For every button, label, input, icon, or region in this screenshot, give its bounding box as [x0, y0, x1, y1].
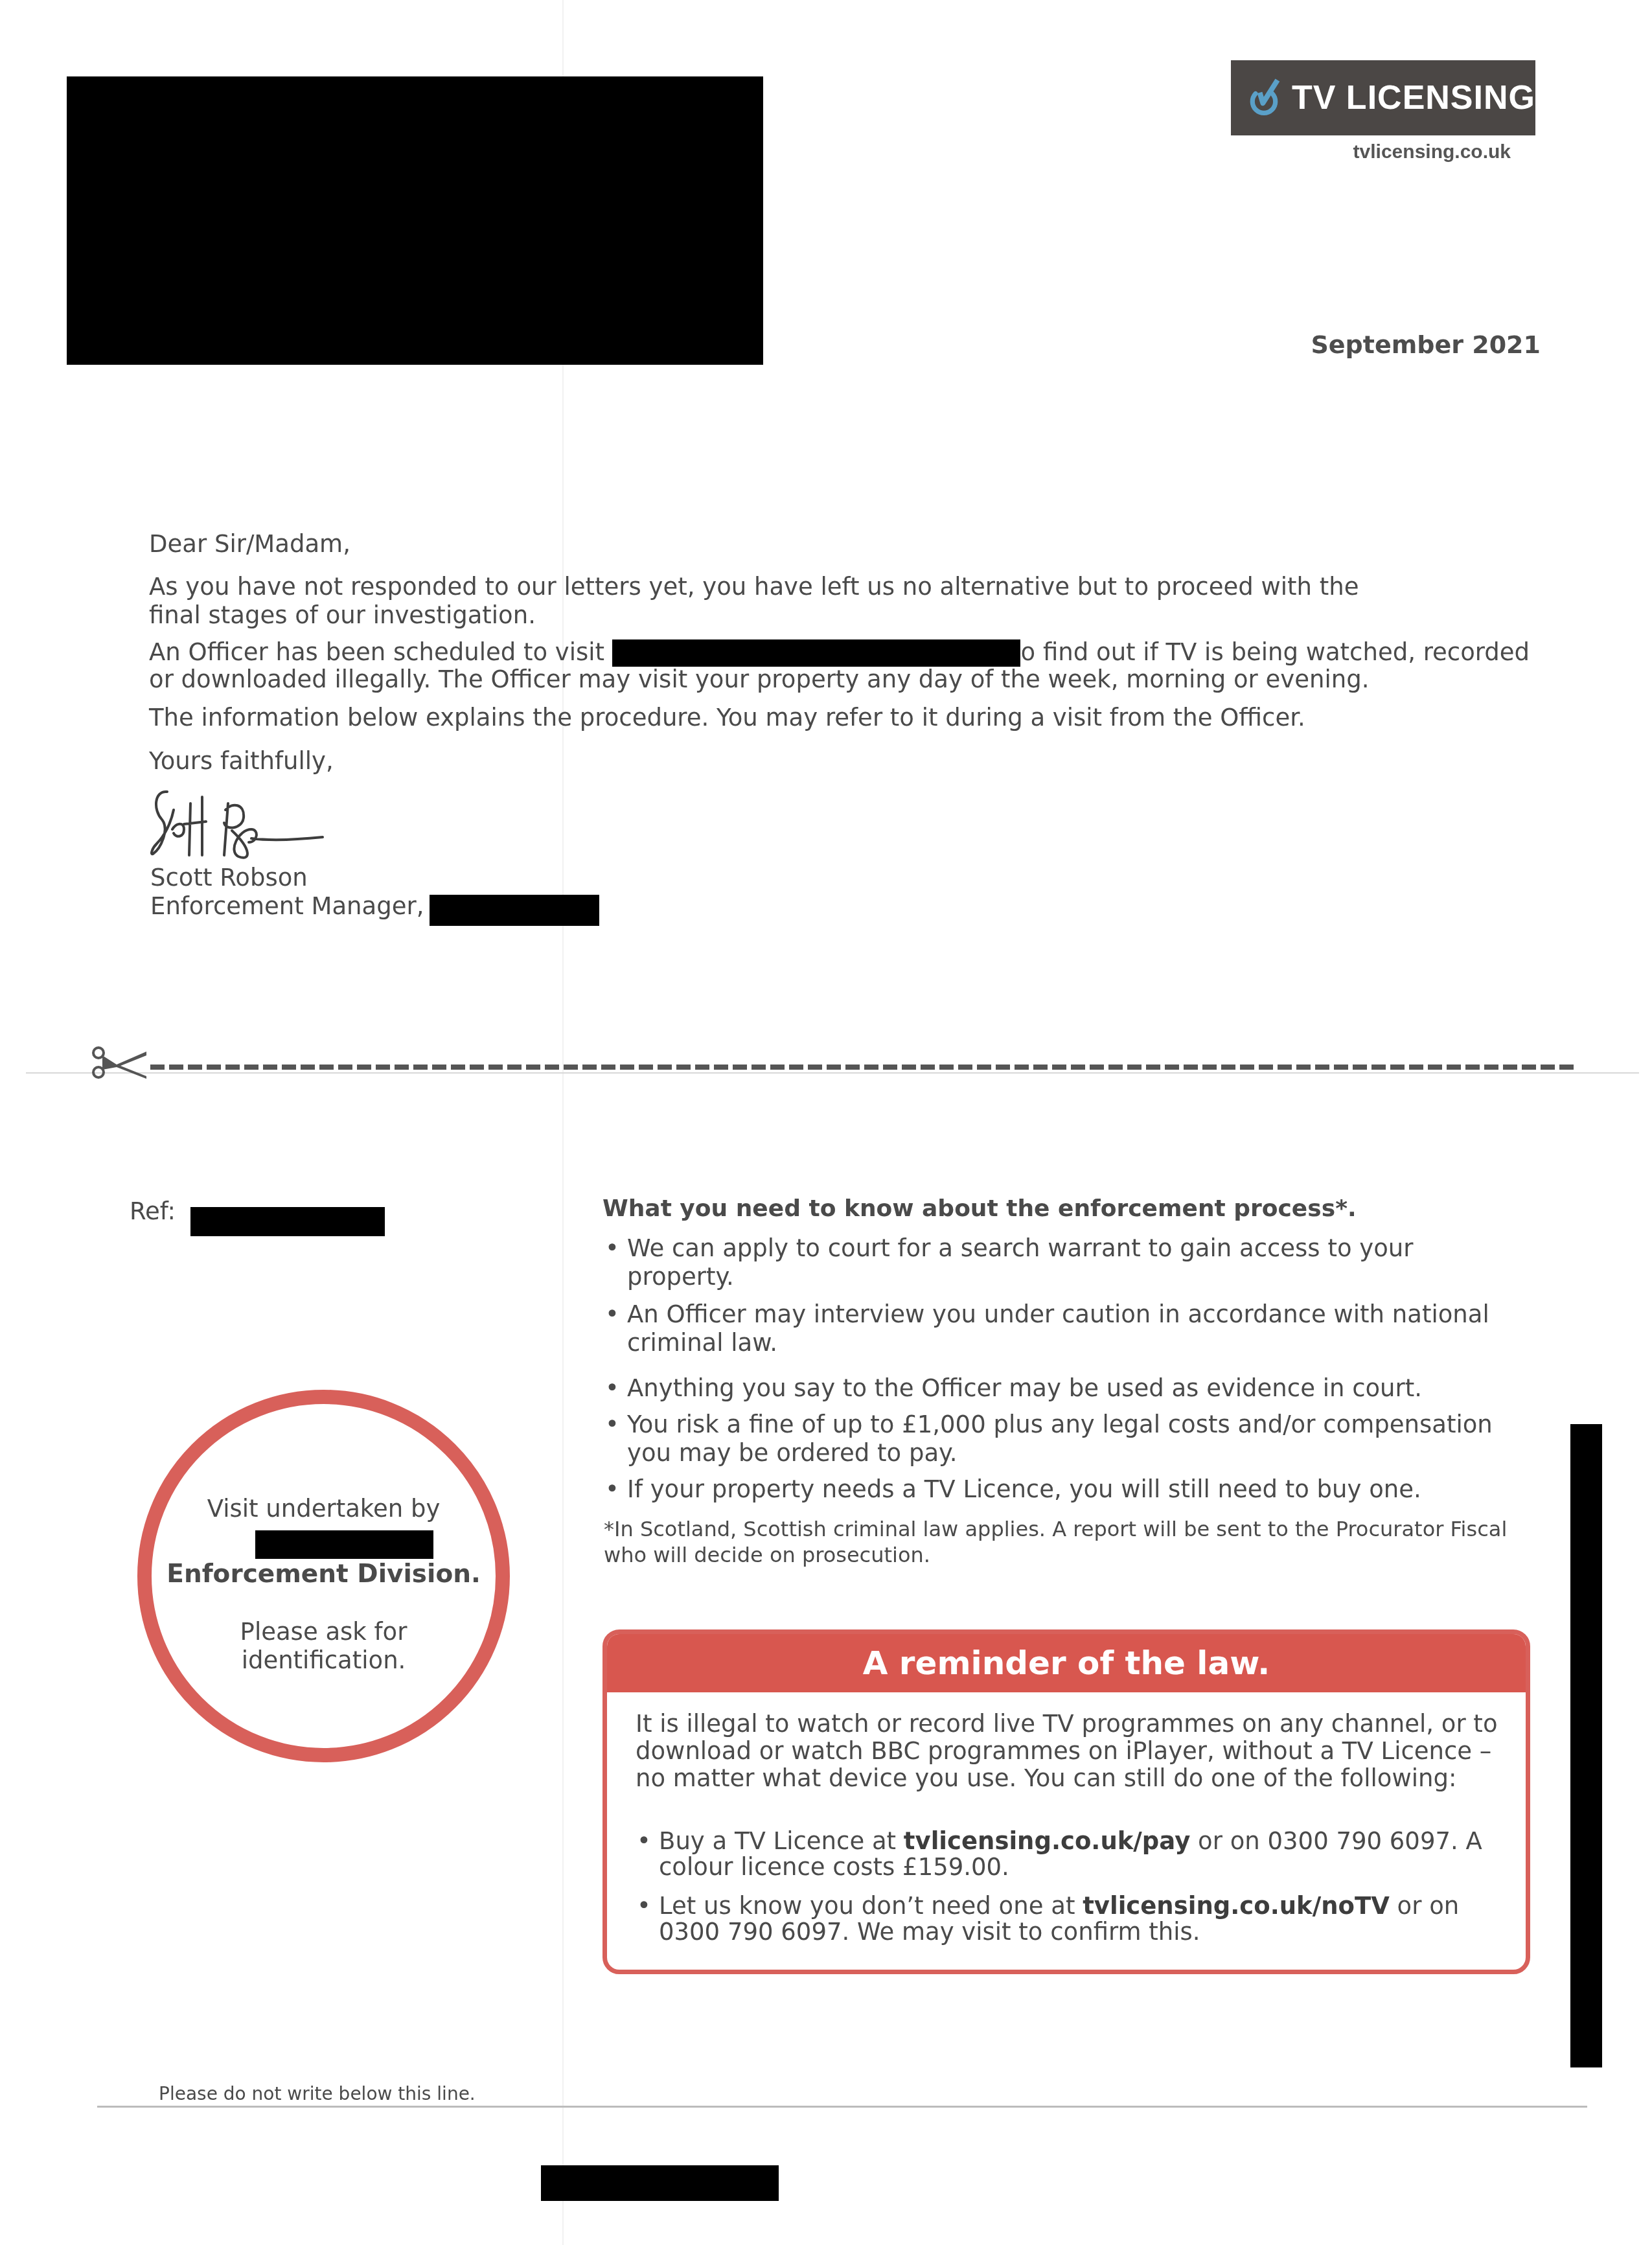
enforcement-section-title: What you need to know about the enforcem…	[602, 1195, 1357, 1222]
scotland-footnote: *In Scotland, Scottish criminal law appl…	[604, 1516, 1511, 1568]
do-not-write-line	[97, 2106, 1587, 2108]
closing: Yours faithfully,	[149, 747, 1542, 776]
redacted-reference	[190, 1207, 385, 1236]
option-no-tv: Let us know you don’t need one at tvlice…	[636, 1893, 1510, 1945]
letter-date: September 2021	[1231, 330, 1541, 359]
fold-crease	[26, 1072, 1639, 1074]
bullet-item: We can apply to court for a search warra…	[604, 1234, 1430, 1291]
signatory-name: Scott Robson	[150, 864, 308, 892]
paragraph-2-after: to find out if TV is being watched, reco…	[1011, 638, 1530, 666]
law-options: Buy a TV Licence at tvlicensing.co.uk/pa…	[636, 1828, 1510, 1958]
paragraph-2-line-2: or downloaded illegally. The Officer may…	[149, 665, 1542, 694]
redacted-address-block	[67, 76, 763, 365]
stamp-ask-id: Please ask for identification.	[152, 1618, 496, 1675]
no-tv-link[interactable]: tvlicensing.co.uk/noTV	[1083, 1892, 1390, 1920]
bullet-item: An Officer may interview you under cauti…	[604, 1300, 1495, 1357]
bullet-item: You risk a fine of up to £1,000 plus any…	[604, 1410, 1534, 1468]
salutation: Dear Sir/Madam,	[149, 530, 1542, 558]
redacted-agency	[255, 1530, 433, 1559]
logo-text: TV LICENSING	[1292, 78, 1535, 117]
signatory-title: Enforcement Manager,	[150, 892, 424, 921]
dashed-cut-line	[150, 1065, 1576, 1070]
ref-label: Ref:	[130, 1197, 176, 1225]
website-url[interactable]: tvlicensing.co.uk	[1231, 141, 1511, 163]
do-not-write-notice: Please do not write below this line.	[159, 2083, 476, 2104]
pay-link[interactable]: tvlicensing.co.uk/pay	[904, 1827, 1190, 1855]
stamp-ask-line-1: Please ask for	[152, 1618, 496, 1646]
law-reminder-box: A reminder of the law. It is illegal to …	[602, 1629, 1530, 1974]
redacted-organisation	[430, 895, 599, 926]
scissors-icon	[91, 1046, 149, 1079]
cut-line	[91, 1040, 1587, 1079]
stamp-division: Enforcement Division.	[152, 1560, 496, 1589]
bullet-item: Anything you say to the Officer may be u…	[604, 1374, 1524, 1403]
paragraph-3: The information below explains the proce…	[149, 704, 1542, 732]
signature	[148, 784, 342, 868]
redacted-barcode	[1570, 1424, 1602, 2067]
paragraph-1: As you have not responded to our letters…	[149, 573, 1393, 630]
paragraph-2-before: An Officer has been scheduled to visit	[149, 638, 604, 666]
redacted-address-inline	[612, 639, 1020, 667]
bullet-item: If your property needs a TV Licence, you…	[604, 1475, 1524, 1504]
law-box-intro: It is illegal to watch or record live TV…	[636, 1710, 1504, 1792]
stamp-visit-label: Visit undertaken by	[152, 1495, 496, 1523]
visit-stamp: Visit undertaken by Enforcement Division…	[137, 1390, 510, 1762]
redacted-footer-code	[541, 2165, 779, 2201]
checkmark-power-icon	[1245, 72, 1283, 124]
tv-licensing-logo: TV LICENSING	[1231, 60, 1535, 135]
enforcement-bullets: We can apply to court for a search warra…	[604, 1234, 1524, 1504]
option-buy-licence: Buy a TV Licence at tvlicensing.co.uk/pa…	[636, 1828, 1510, 1880]
law-box-title: A reminder of the law.	[607, 1634, 1526, 1692]
stamp-ask-line-2: identification.	[152, 1646, 496, 1675]
